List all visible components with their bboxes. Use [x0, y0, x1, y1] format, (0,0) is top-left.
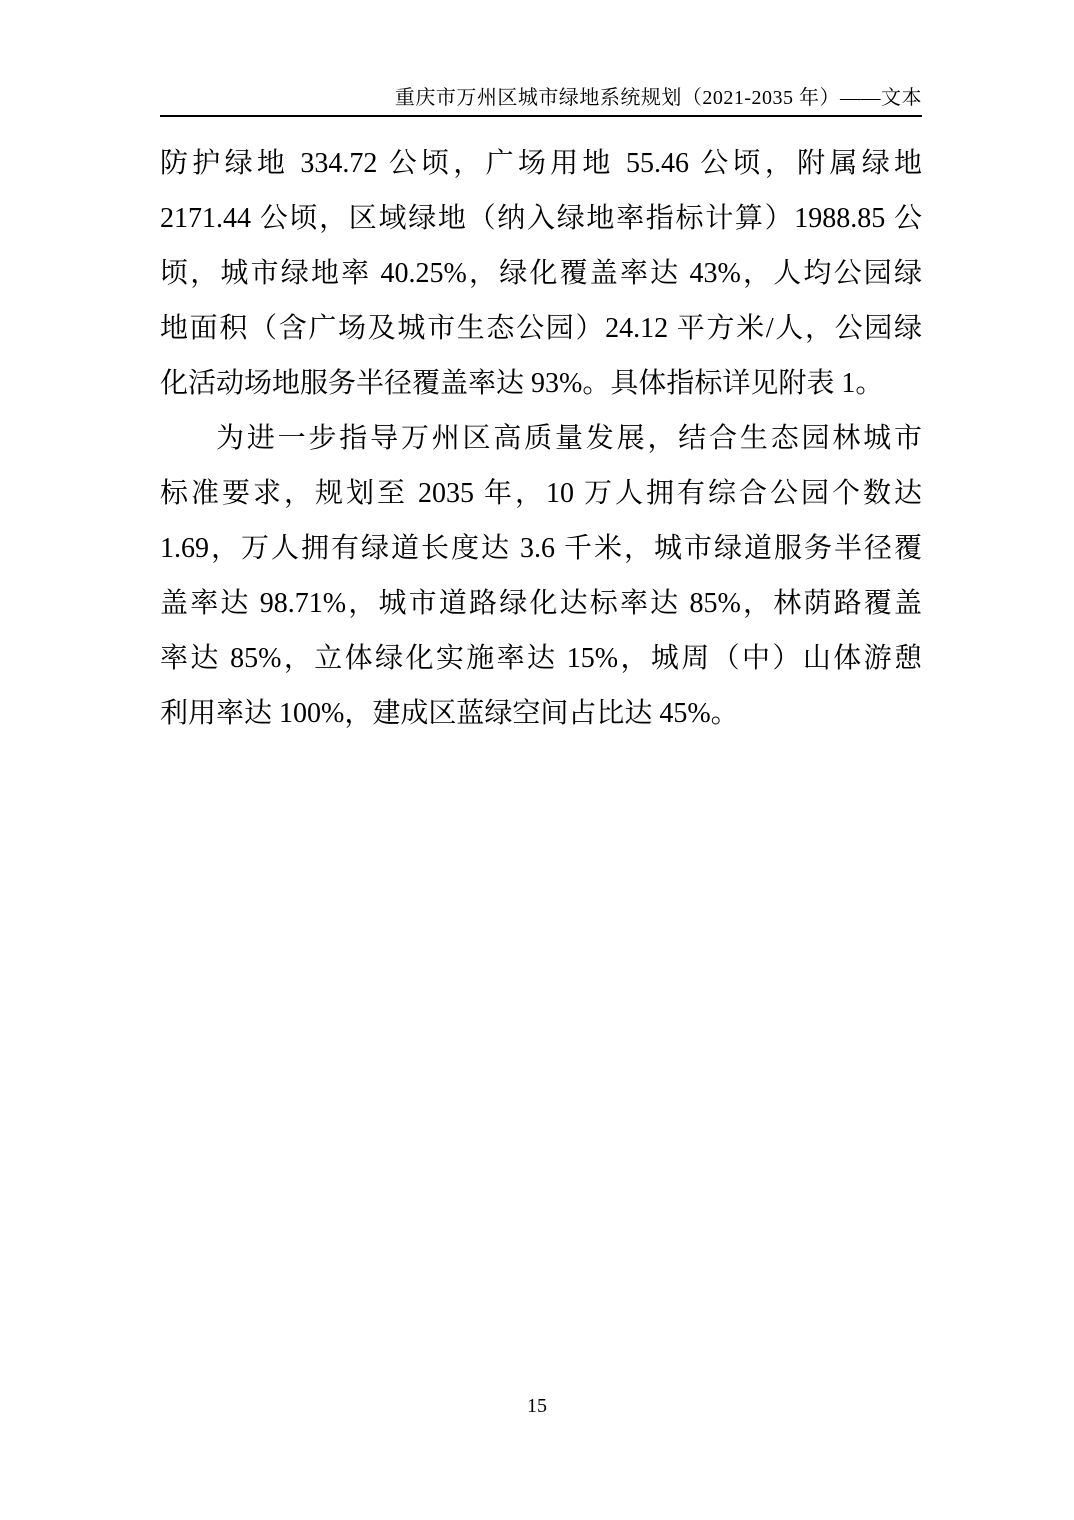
body-text-line: 为进一步指导万州区高质量发展，结合生态园林城市	[160, 411, 922, 466]
page-header: 重庆市万州区城市绿地系统规划（2021-2035 年）——文本	[160, 86, 922, 117]
body-text-line: 标准要求，规划至 2035 年，10 万人拥有综合公园个数达	[160, 466, 922, 521]
body-text-line: 盖率达 98.71%，城市道路绿化达标率达 85%，林荫路覆盖	[160, 576, 922, 631]
body-text-line: 率达 85%，立体绿化实施率达 15%，城周（中）山体游憩	[160, 631, 922, 686]
body-text-line: 1.69，万人拥有绿道长度达 3.6 千米，城市绿道服务半径覆	[160, 521, 922, 576]
document-page: 重庆市万州区城市绿地系统规划（2021-2035 年）——文本 防护绿地 334…	[0, 0, 1074, 1520]
body-text-line: 防护绿地 334.72 公顷，广场用地 55.46 公顷，附属绿地	[160, 136, 922, 191]
body-text-line: 地面积（含广场及城市生态公园）24.12 平方米/人，公园绿	[160, 301, 922, 356]
body-text-line: 顷，城市绿地率 40.25%，绿化覆盖率达 43%，人均公园绿	[160, 246, 922, 301]
page-footer: 15	[0, 1392, 1074, 1420]
body-text-line: 化活动场地服务半径覆盖率达 93%。具体指标详见附表 1。	[160, 356, 922, 411]
body-text-line: 2171.44 公顷，区域绿地（纳入绿地率指标计算）1988.85 公	[160, 191, 922, 246]
body-text-line: 利用率达 100%，建成区蓝绿空间占比达 45%。	[160, 686, 922, 741]
page-number: 15	[527, 1395, 547, 1417]
page-header-title: 重庆市万州区城市绿地系统规划（2021-2035 年）——文本	[395, 87, 922, 109]
body-text: 防护绿地 334.72 公顷，广场用地 55.46 公顷，附属绿地 2171.4…	[160, 136, 922, 741]
